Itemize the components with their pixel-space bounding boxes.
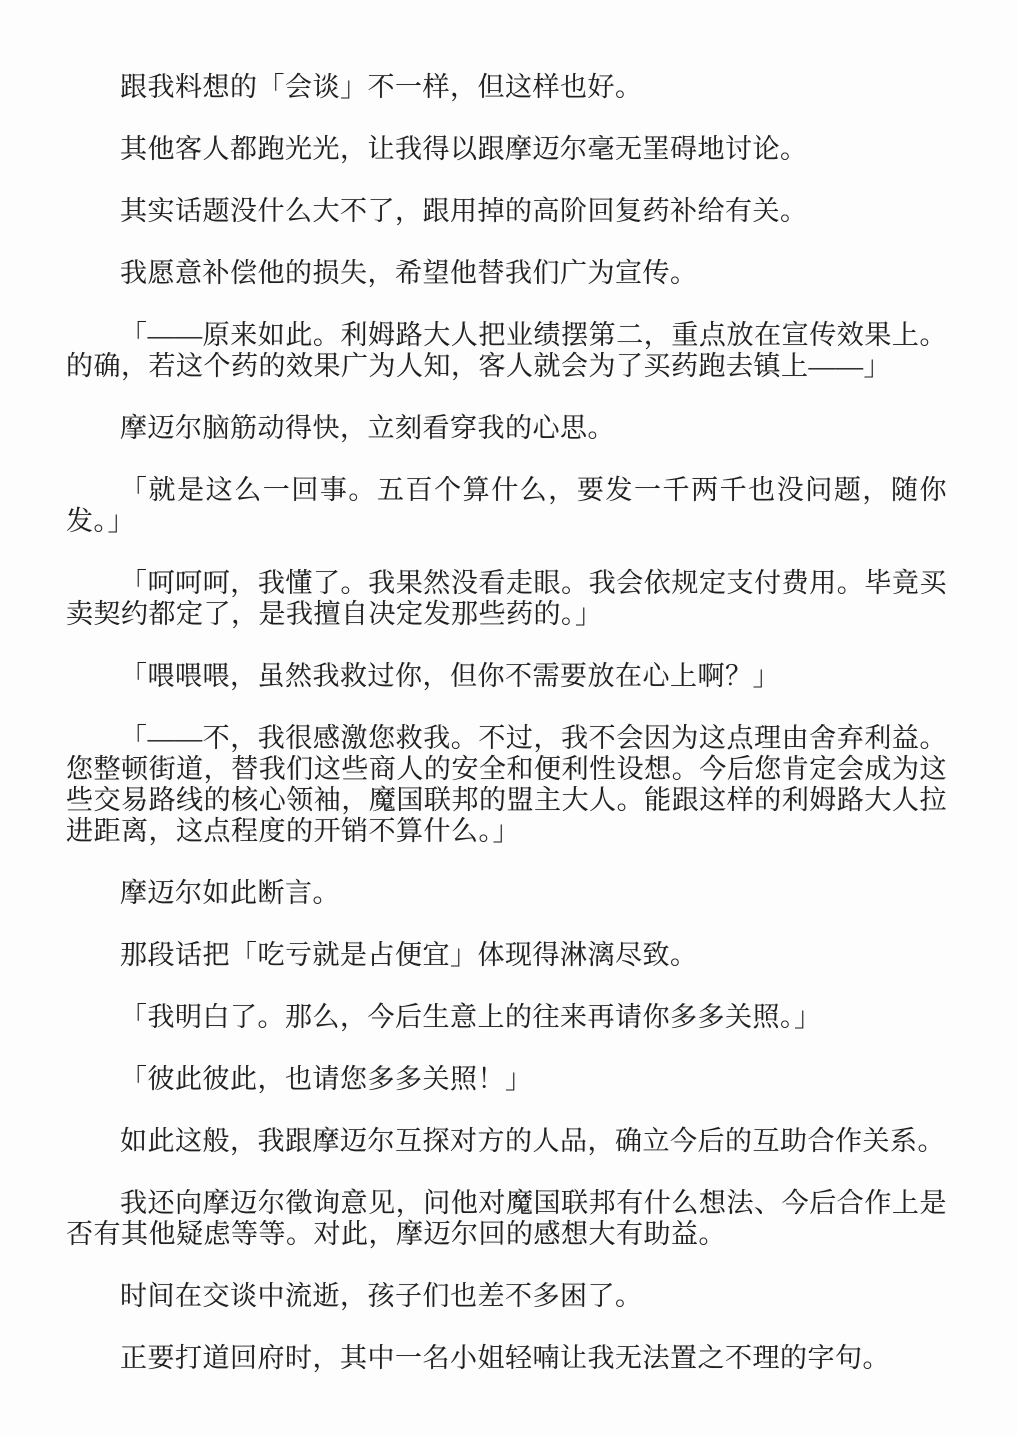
paragraph-dialogue: 「彼此彼此，也请您多多关照！」 (66, 1064, 947, 1095)
paragraph: 跟我料想的「会谈」不一样，但这样也好。 (66, 72, 947, 103)
paragraph-dialogue: 「——原来如此。利姆路大人把业绩摆第二，重点放在宣传效果上。的确，若这个药的效果… (66, 320, 947, 382)
paragraph: 其他客人都跑光光，让我得以跟摩迈尔毫无罣碍地讨论。 (66, 134, 947, 165)
paragraph-dialogue: 「我明白了。那么，今后生意上的往来再请你多多关照。」 (66, 1002, 947, 1033)
paragraph-dialogue: 「就是这么一回事。五百个算什么，要发一千两千也没问题，随你发。」 (66, 475, 947, 537)
paragraph: 其实话题没什么大不了，跟用掉的高阶回复药补给有关。 (66, 196, 947, 227)
paragraph: 正要打道回府时，其中一名小姐轻喃让我无法置之不理的字句。 (66, 1343, 947, 1374)
paragraph: 我还向摩迈尔徵询意见，问他对魔国联邦有什么想法、今后合作上是否有其他疑虑等等。对… (66, 1188, 947, 1250)
paragraph-dialogue: 「喂喂喂，虽然我救过你，但你不需要放在心上啊？」 (66, 661, 947, 692)
paragraph: 如此这般，我跟摩迈尔互探对方的人品，确立今后的互助合作关系。 (66, 1126, 947, 1157)
paragraph: 摩迈尔如此断言。 (66, 878, 947, 909)
novel-page: 跟我料想的「会谈」不一样，但这样也好。 其他客人都跑光光，让我得以跟摩迈尔毫无罣… (0, 0, 1017, 1437)
paragraph: 时间在交谈中流逝，孩子们也差不多困了。 (66, 1281, 947, 1312)
paragraph: 那段话把「吃亏就是占便宜」体现得淋漓尽致。 (66, 940, 947, 971)
paragraph: 我愿意补偿他的损失，希望他替我们广为宣传。 (66, 258, 947, 289)
paragraph: 摩迈尔脑筋动得快，立刻看穿我的心思。 (66, 413, 947, 444)
paragraph-dialogue: 「呵呵呵，我懂了。我果然没看走眼。我会依规定支付费用。毕竟买卖契约都定了，是我擅… (66, 568, 947, 630)
paragraph-dialogue: 「——不，我很感激您救我。不过，我不会因为这点理由舍弃利益。您整顿街道，替我们这… (66, 723, 947, 847)
